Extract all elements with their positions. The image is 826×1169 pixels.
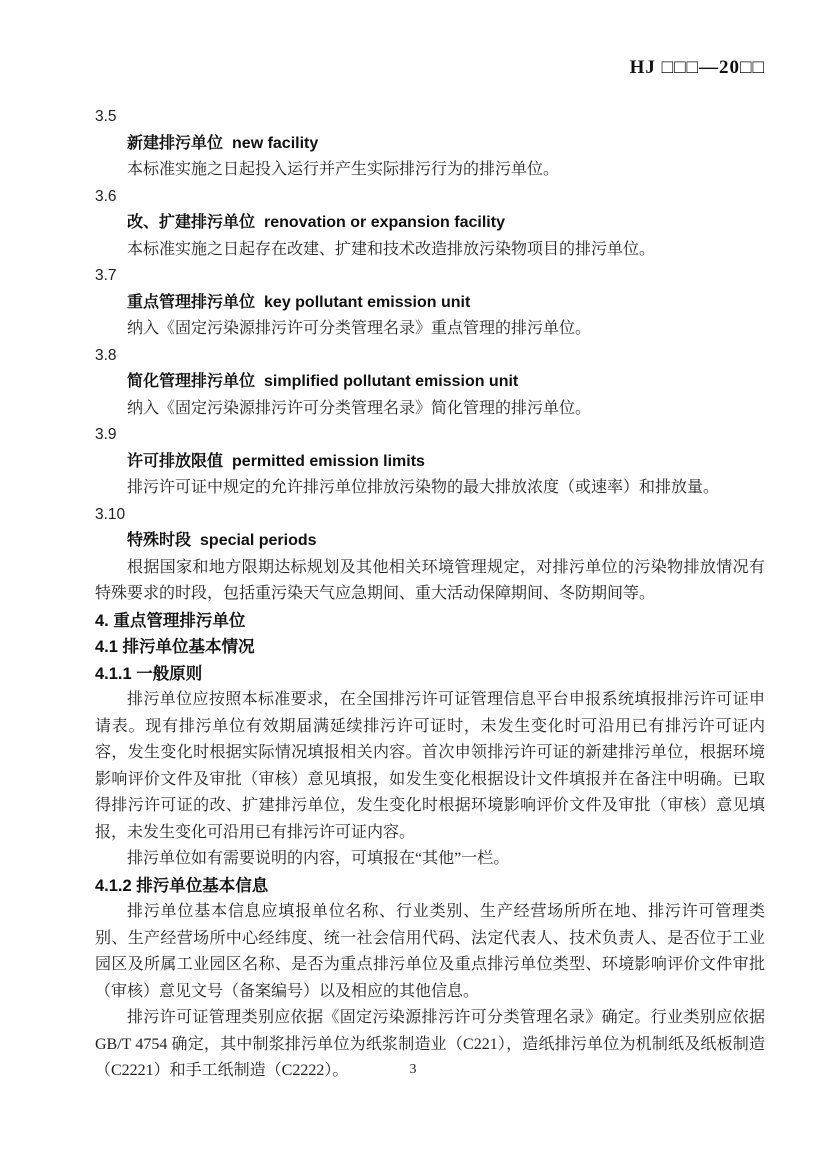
term-en: permitted emission limits [232,453,425,470]
document-content: 3.5 新建排污单位new facility 本标准实施之日起投入运行并产生实际… [95,104,765,1085]
term-zh: 许可排放限值 [127,453,223,470]
term-zh: 改、扩建排污单位 [127,214,255,231]
clause-number: 3.9 [95,422,765,449]
page-number: 3 [410,1062,417,1077]
clause-definition: 纳入《固定污染源排污许可分类管理名录》简化管理的排污单位。 [95,396,765,423]
heading-section-4: 4. 重点管理排污单位 [95,608,765,635]
clause-term: 许可排放限值permitted emission limits [95,449,765,476]
clause-3-8: 3.8 简化管理排污单位simplified pollutant emissio… [95,343,765,423]
standard-code: HJ □□□—20□□ [630,57,765,78]
term-en: special periods [200,532,317,549]
clause-term: 改、扩建排污单位renovation or expansion facility [95,210,765,237]
term-en: new facility [232,135,318,152]
clause-3-9: 3.9 许可排放限值permitted emission limits 排污许可… [95,422,765,502]
heading-section-4-1-1: 4.1.1 一般原则 [95,661,765,688]
clause-number: 3.10 [95,502,765,529]
paragraph-4-1-1-general: 排污单位应按照本标准要求，在全国排污许可证管理信息平台申报系统填报排污许可证申请… [95,687,765,846]
page-header: HJ □□□—20□□ [95,55,765,80]
clause-definition: 纳入《固定污染源排污许可分类管理名录》重点管理的排污单位。 [95,316,765,343]
term-en: simplified pollutant emission unit [264,373,518,390]
clause-term: 简化管理排污单位simplified pollutant emission un… [95,369,765,396]
term-zh: 简化管理排污单位 [127,373,255,390]
paragraph-4-1-2-basic-info: 排污单位基本信息应填报单位名称、行业类别、生产经营场所所在地、排污许可管理类别、… [95,899,765,1005]
clause-3-7: 3.7 重点管理排污单位key pollutant emission unit … [95,263,765,343]
clause-3-10: 3.10 特殊时段special periods 根据国家和地方限期达标规划及其… [95,502,765,608]
heading-section-4-1-2: 4.1.2 排污单位基本信息 [95,873,765,900]
clause-3-5: 3.5 新建排污单位new facility 本标准实施之日起投入运行并产生实际… [95,104,765,184]
clause-term: 特殊时段special periods [95,528,765,555]
clause-term: 重点管理排污单位key pollutant emission unit [95,290,765,317]
clause-term: 新建排污单位new facility [95,131,765,158]
clause-definition: 根据国家和地方限期达标规划及其他相关环境管理规定，对排污单位的污染物排放情况有特… [95,555,765,608]
paragraph-4-1-1-other-note: 排污单位如有需要说明的内容，可填报在“其他”一栏。 [95,846,765,873]
clause-definition: 本标准实施之日起投入运行并产生实际排污行为的排污单位。 [95,157,765,184]
document-page: HJ □□□—20□□ 3.5 新建排污单位new facility 本标准实施… [0,0,826,1169]
term-zh: 特殊时段 [127,532,191,549]
term-en: renovation or expansion facility [264,214,505,231]
term-zh: 新建排污单位 [127,135,223,152]
page-footer: 3 [0,1062,826,1078]
clause-number: 3.8 [95,343,765,370]
clause-3-6: 3.6 改、扩建排污单位renovation or expansion faci… [95,184,765,264]
term-en: key pollutant emission unit [264,294,470,311]
clause-number: 3.7 [95,263,765,290]
clause-definition: 本标准实施之日起存在改建、扩建和技术改造排放污染物项目的排污单位。 [95,237,765,264]
term-zh: 重点管理排污单位 [127,294,255,311]
clause-number: 3.5 [95,104,765,131]
heading-section-4-1: 4.1 排污单位基本情况 [95,634,765,661]
clause-definition: 排污许可证中规定的允许排污单位排放污染物的最大排放浓度（或速率）和排放量。 [95,475,765,502]
clause-number: 3.6 [95,184,765,211]
